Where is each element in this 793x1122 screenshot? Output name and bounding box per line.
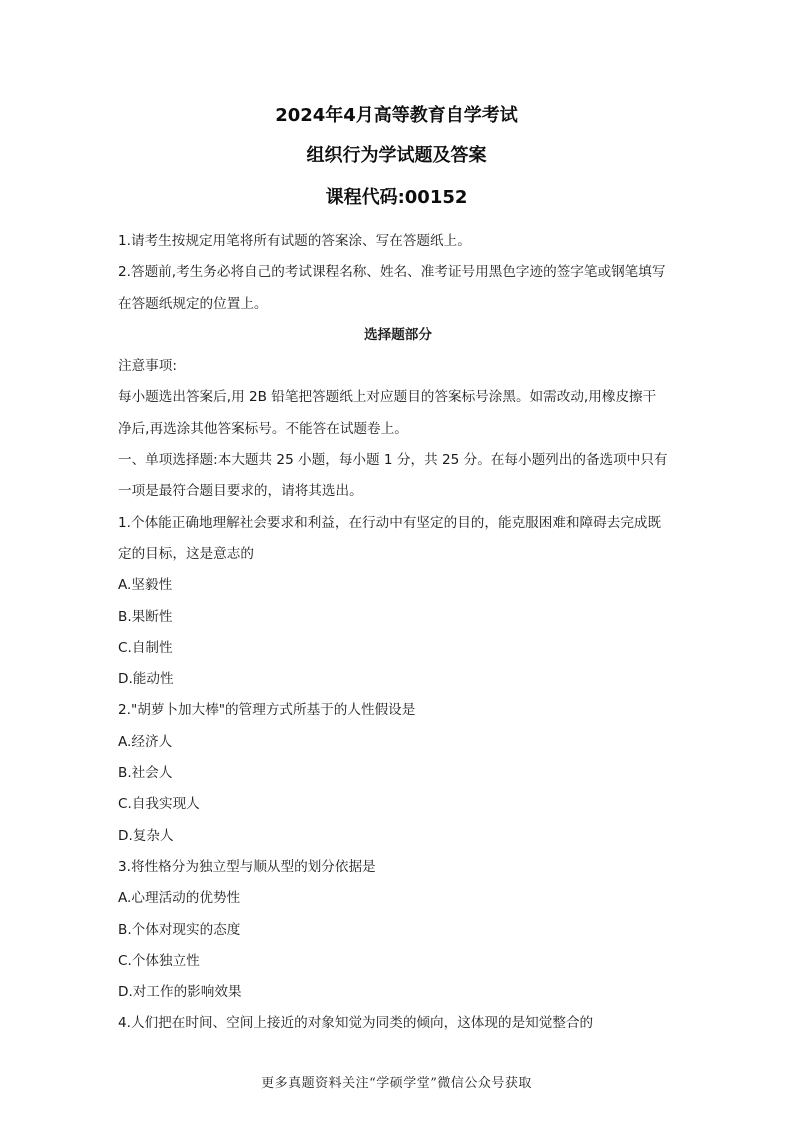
question-option: C.自制性 bbox=[118, 633, 678, 664]
question-stem: 4.人们把在时间、空间上接近的对象知觉为同类的倾向，这体现的是知觉整合的 bbox=[118, 1008, 678, 1039]
instruction-line: 2.答题前,考生务必将自己的考试课程名称、姓名、准考证号用黑色字迹的签字笔或钢笔… bbox=[118, 257, 678, 288]
document-body: 1.请考生按规定用笔将所有试题的答案涂、写在答题纸上。 2.答题前,考生务必将自… bbox=[118, 226, 678, 1040]
section-heading: 选择题部分 bbox=[118, 320, 678, 351]
document-page: 2024年4月高等教育自学考试 组织行为学试题及答案 课程代码:00152 1.… bbox=[0, 0, 793, 1122]
notes-line: 净后,再选涂其他答案标号。不能答在试题卷上。 bbox=[118, 414, 678, 445]
question-option: B.社会人 bbox=[118, 758, 678, 789]
question-stem: 3.将性格分为独立型与顺从型的划分依据是 bbox=[118, 852, 678, 883]
question-option: C.自我实现人 bbox=[118, 789, 678, 820]
question-option: A.坚毅性 bbox=[118, 570, 678, 601]
part-intro-line: 一、单项选择题:本大题共 25 小题，每小题 1 分，共 25 分。在每小题列出… bbox=[118, 445, 678, 476]
notes-line: 每小题选出答案后,用 2B 铅笔把答题纸上对应题目的答案标号涂黑。如需改动,用橡… bbox=[118, 382, 678, 413]
question-3: 3.将性格分为独立型与顺从型的划分依据是 A.心理活动的优势性 B.个体对现实的… bbox=[118, 852, 678, 1008]
notes-label: 注意事项: bbox=[118, 351, 678, 382]
question-option: B.果断性 bbox=[118, 602, 678, 633]
instruction-line: 在答题纸规定的位置上。 bbox=[118, 289, 678, 320]
exam-title: 2024年4月高等教育自学考试 bbox=[0, 105, 793, 127]
question-option: A.经济人 bbox=[118, 727, 678, 758]
question-option: D.能动性 bbox=[118, 664, 678, 695]
question-4: 4.人们把在时间、空间上接近的对象知觉为同类的倾向，这体现的是知觉整合的 bbox=[118, 1008, 678, 1039]
question-option: A.心理活动的优势性 bbox=[118, 883, 678, 914]
question-stem: 1.个体能正确地理解社会要求和利益，在行动中有坚定的目的，能克服困难和障碍去完成… bbox=[118, 508, 678, 539]
question-stem: 2."胡萝卜加大棒"的管理方式所基于的人性假设是 bbox=[118, 695, 678, 726]
course-code: 课程代码:00152 bbox=[0, 187, 793, 209]
question-option: D.复杂人 bbox=[118, 821, 678, 852]
question-option: B.个体对现实的态度 bbox=[118, 915, 678, 946]
question-option: D.对工作的影响效果 bbox=[118, 977, 678, 1008]
question-stem: 定的目标，这是意志的 bbox=[118, 539, 678, 570]
part-intro-line: 一项是最符合题目要求的，请将其选出。 bbox=[118, 476, 678, 507]
footer-note: 更多真题资料关注“学硕学堂”微信公众号获取 bbox=[0, 1072, 793, 1091]
instruction-line: 1.请考生按规定用笔将所有试题的答案涂、写在答题纸上。 bbox=[118, 226, 678, 257]
question-2: 2."胡萝卜加大棒"的管理方式所基于的人性假设是 A.经济人 B.社会人 C.自… bbox=[118, 695, 678, 851]
exam-subject-title: 组织行为学试题及答案 bbox=[0, 145, 793, 167]
question-option: C.个体独立性 bbox=[118, 946, 678, 977]
question-1: 1.个体能正确地理解社会要求和利益，在行动中有坚定的目的，能克服困难和障碍去完成… bbox=[118, 508, 678, 696]
